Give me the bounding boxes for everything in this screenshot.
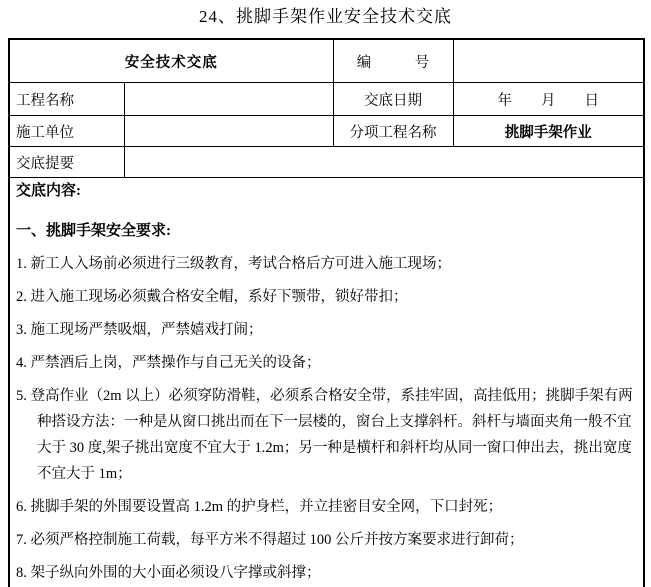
content-item-1: 1. 新工人入场前必须进行三级教育，考试合格后方可进入施工现场； (16, 251, 637, 277)
summary-row: 交底提要 (9, 147, 644, 178)
content-cell: 交底内容: 一、挑脚手架安全要求: 1. 新工人入场前必须进行三级教育，考试合格… (9, 178, 644, 587)
content-row: 交底内容: 一、挑脚手架安全要求: 1. 新工人入场前必须进行三级教育，考试合格… (9, 178, 644, 587)
content-section-title: 一、挑脚手架安全要求: (16, 218, 637, 244)
form-header-title: 安全技术交底 (9, 39, 333, 83)
content-item-6: 6. 挑脚手架的外围要设置高 1.2m 的护身栏，并立挂密目安全网，下口封死； (16, 494, 637, 520)
page-title: 24、挑脚手架作业安全技术交底 (0, 6, 651, 28)
construction-unit-value-cell (124, 116, 333, 147)
content-item-2: 2. 进入施工现场必须戴合格安全帽，系好下颚带，锁好带扣； (16, 284, 637, 310)
disclosure-date-value-cell: 年 月 日 (453, 83, 644, 116)
sub-project-label: 分项工程名称 (333, 116, 453, 147)
summary-label: 交底提要 (9, 147, 124, 178)
document-page: 24、挑脚手架作业安全技术交底 安全技术交底 编 号 工程名称 交底日期 年 月… (0, 6, 651, 587)
number-label: 编 号 (333, 39, 453, 83)
content-item-3: 3. 施工现场严禁吸烟，严禁嬉戏打闹； (16, 317, 637, 343)
content-heading: 交底内容: (16, 178, 637, 204)
project-name-value-cell (124, 83, 333, 116)
disclosure-form-table: 安全技术交底 编 号 工程名称 交底日期 年 月 日 施工单位 分项工程名称 挑… (8, 38, 645, 587)
construction-unit-label: 施工单位 (9, 116, 124, 147)
disclosure-date-label: 交底日期 (333, 83, 453, 116)
content-item-8: 8. 架子纵向外围的大小面必须设八字撑或斜撑； (16, 560, 637, 586)
content-item-4: 4. 严禁酒后上岗，严禁操作与自己无关的设备； (16, 350, 637, 376)
summary-value-cell (124, 147, 644, 178)
number-value-cell (453, 39, 644, 83)
project-name-label: 工程名称 (9, 83, 124, 116)
form-header-row: 安全技术交底 编 号 (9, 39, 644, 83)
construction-unit-row: 施工单位 分项工程名称 挑脚手架作业 (9, 116, 644, 147)
project-name-row: 工程名称 交底日期 年 月 日 (9, 83, 644, 116)
sub-project-value-cell: 挑脚手架作业 (453, 116, 644, 147)
content-item-5: 5. 登高作业（2m 以上）必须穿防滑鞋，必须系合格安全带，系挂牢固，高挂低用；… (16, 383, 637, 487)
content-item-7: 7. 必须严格控制施工荷载，每平方米不得超过 100 公斤并按方案要求进行卸荷； (16, 527, 637, 553)
